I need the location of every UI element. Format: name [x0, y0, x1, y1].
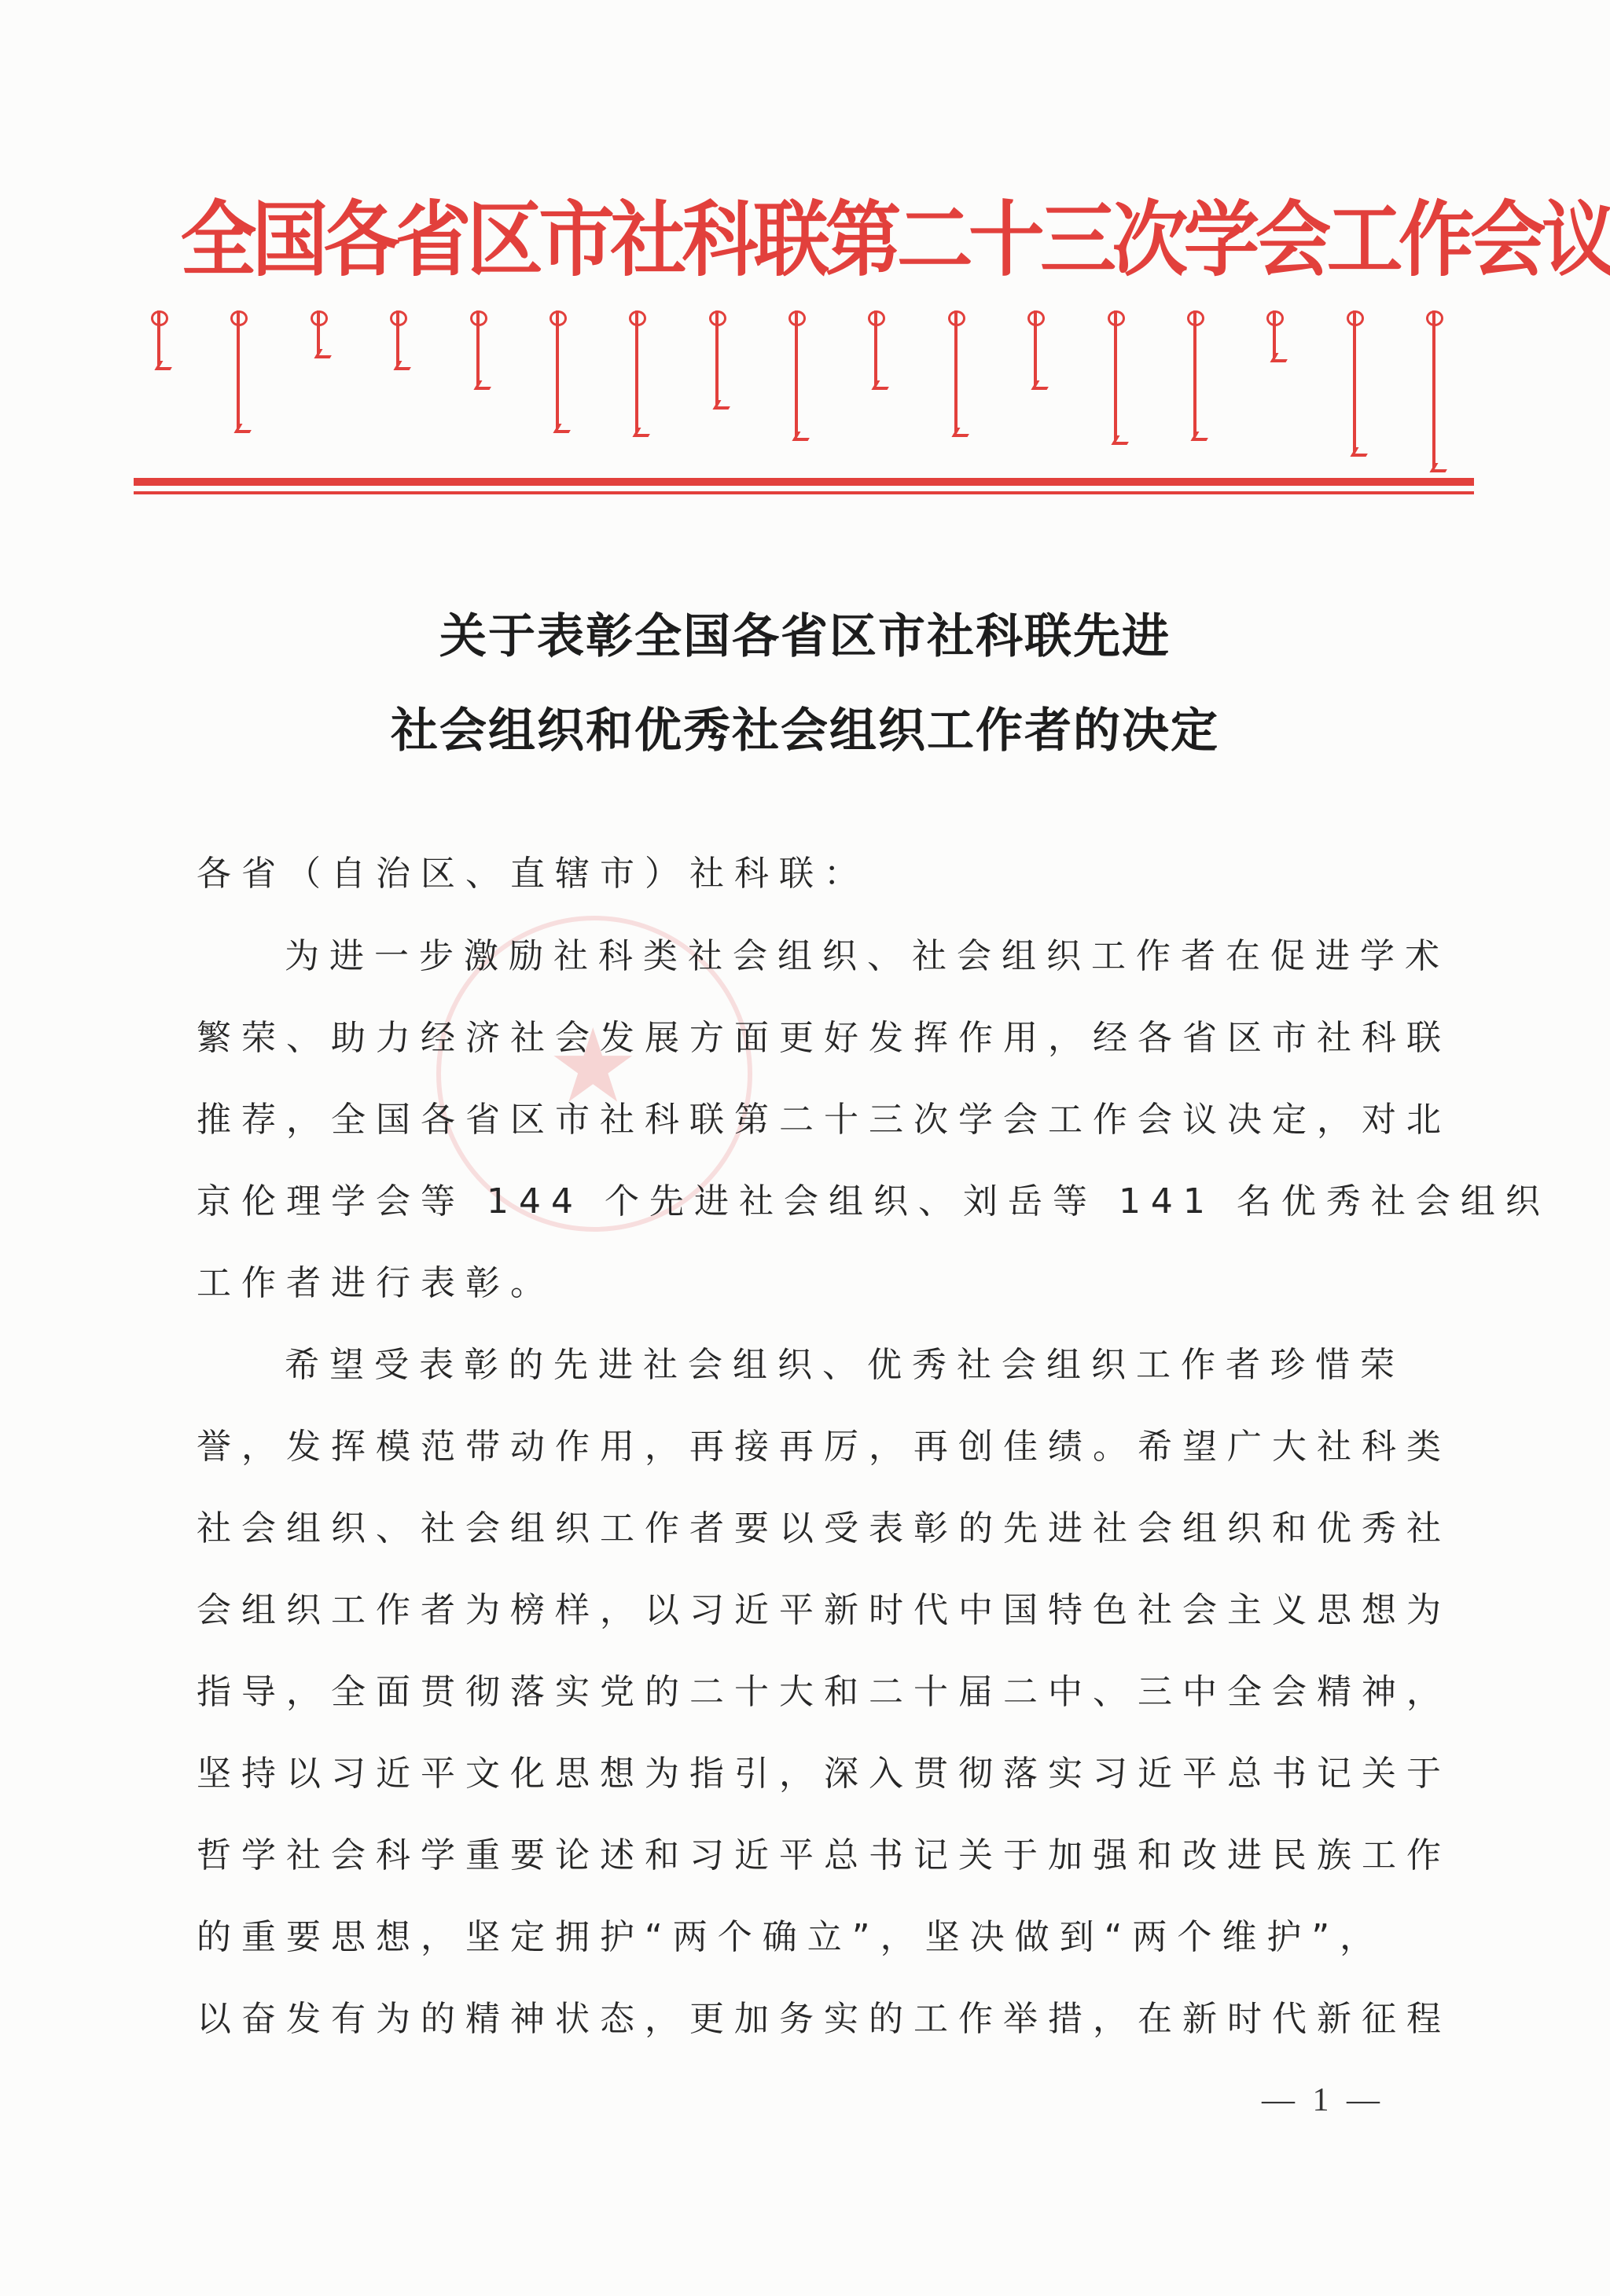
mongolian-script-column — [237, 310, 251, 428]
mongolian-script-column — [556, 310, 570, 428]
paragraph-1-line: 工作者进行表彰。 — [197, 1262, 1415, 1306]
mongolian-script-column — [1034, 310, 1048, 385]
paragraph-2-line: 哲学社会科学重要论述和习近平总书记关于加强和改进民族工作 — [197, 1834, 1415, 1878]
mongolian-script-column — [1432, 310, 1446, 468]
mongolian-script-column — [795, 310, 809, 436]
mongolian-script-column — [1353, 310, 1367, 452]
paragraph-2-line: 希望受表彰的先进社会组织、优秀社会组织工作者珍惜荣 — [197, 1343, 1503, 1387]
mongolian-script-column — [157, 310, 171, 366]
paragraph-1-line: 推荐，全国各省区市社科联第二十三次学会工作会议决定，对北 — [197, 1098, 1415, 1142]
header-divider-thin — [134, 491, 1474, 494]
paragraph-2-line: 誉，发挥模范带动作用，再接再厉，再创佳绩。希望广大社科类 — [197, 1425, 1415, 1469]
salutation: 各省（自治区、直辖市）社科联： — [197, 852, 1415, 896]
paragraph-2-line: 社会组织、社会组织工作者要以受表彰的先进社会组织和优秀社 — [197, 1507, 1415, 1551]
paragraph-1-line: 为进一步激励社科类社会组织、社会组织工作者在促进学术 — [197, 935, 1503, 979]
mongolian-script-column — [396, 310, 410, 366]
paragraph-2-line: 以奋发有为的精神状态，更加务实的工作举措，在新时代新征程 — [197, 1997, 1415, 2041]
paragraph-1-line: 繁荣、助力经济社会发展方面更好发挥作用，经各省区市社科联 — [197, 1016, 1415, 1060]
mongolian-script-column — [317, 310, 331, 354]
mongolian-script-column — [1273, 310, 1287, 358]
organization-header-title: 全国各省区市社科联第二十三次学会工作会议 — [181, 193, 1424, 287]
paragraph-1-line: 京伦理学会等 144 个先进社会组织、刘岳等 141 名优秀社会组织 — [197, 1180, 1415, 1224]
mongolian-script-column — [635, 310, 649, 432]
document-title-line-1: 关于表彰全国各省区市社科联先进 — [0, 599, 1610, 667]
document-title-line-2: 社会组织和优秀社会组织工作者的决定 — [0, 693, 1610, 761]
paragraph-2-line: 会组织工作者为榜样，以习近平新时代中国特色社会主义思想为 — [197, 1589, 1415, 1633]
header-divider-thick — [134, 478, 1474, 486]
mongolian-script-column — [476, 310, 491, 385]
mongolian-script-column — [1114, 310, 1128, 440]
document-page: 全国各省区市社科联第二十三次学会工作会议 关于表彰全国各省区市社科联先进 社会组… — [0, 0, 1610, 2296]
paragraph-2-line: 的重要思想，坚定拥护“两个确立”，坚决做到“两个维护”， — [197, 1916, 1415, 1960]
page-number: — 1 — — [1262, 2081, 1384, 2119]
mongolian-script-column — [1193, 310, 1207, 436]
mongolian-script-band — [157, 310, 1446, 460]
mongolian-script-column — [715, 310, 730, 405]
mongolian-script-column — [874, 310, 888, 385]
paragraph-2-line: 指导，全面贯彻落实党的二十大和二十届二中、三中全会精神， — [197, 1670, 1415, 1714]
mongolian-script-column — [954, 310, 969, 432]
paragraph-2-line: 坚持以习近平文化思想为指引，深入贯彻落实习近平总书记关于 — [197, 1752, 1415, 1796]
